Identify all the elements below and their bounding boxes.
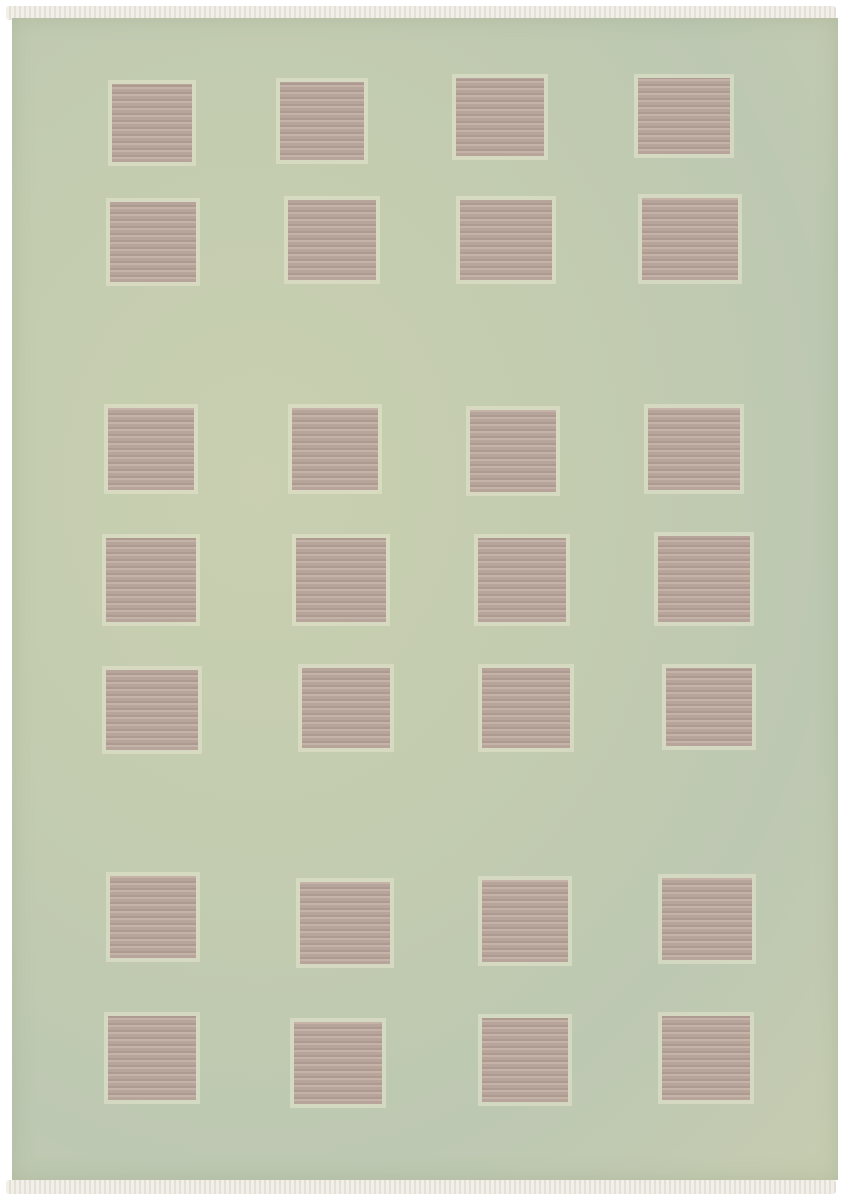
rug-field (12, 18, 838, 1180)
square-motif (482, 880, 568, 962)
square-motif (292, 408, 378, 490)
square-motif (112, 84, 192, 162)
square-motif (482, 1018, 568, 1102)
square-motif (456, 78, 544, 156)
square-motif (638, 78, 730, 154)
square-motif (662, 1016, 750, 1100)
square-motif (108, 1016, 196, 1100)
square-motif (460, 200, 552, 280)
square-motif (662, 878, 752, 960)
square-motif (658, 536, 750, 622)
square-motif (300, 882, 390, 964)
square-motif (110, 876, 196, 958)
square-motif (108, 408, 194, 490)
square-motif (470, 410, 556, 492)
square-motif (666, 668, 752, 746)
square-motif (478, 538, 566, 622)
square-motif (288, 200, 376, 280)
square-motif (648, 408, 740, 490)
square-motif (106, 670, 198, 750)
square-motif (106, 538, 196, 622)
square-motif (294, 1022, 382, 1104)
square-motif (302, 668, 390, 748)
square-motif (482, 668, 570, 748)
square-motif (642, 198, 738, 280)
square-motif (296, 538, 386, 622)
square-motif (280, 82, 364, 160)
square-motif (110, 202, 196, 282)
bottom-fringe (6, 1180, 836, 1194)
